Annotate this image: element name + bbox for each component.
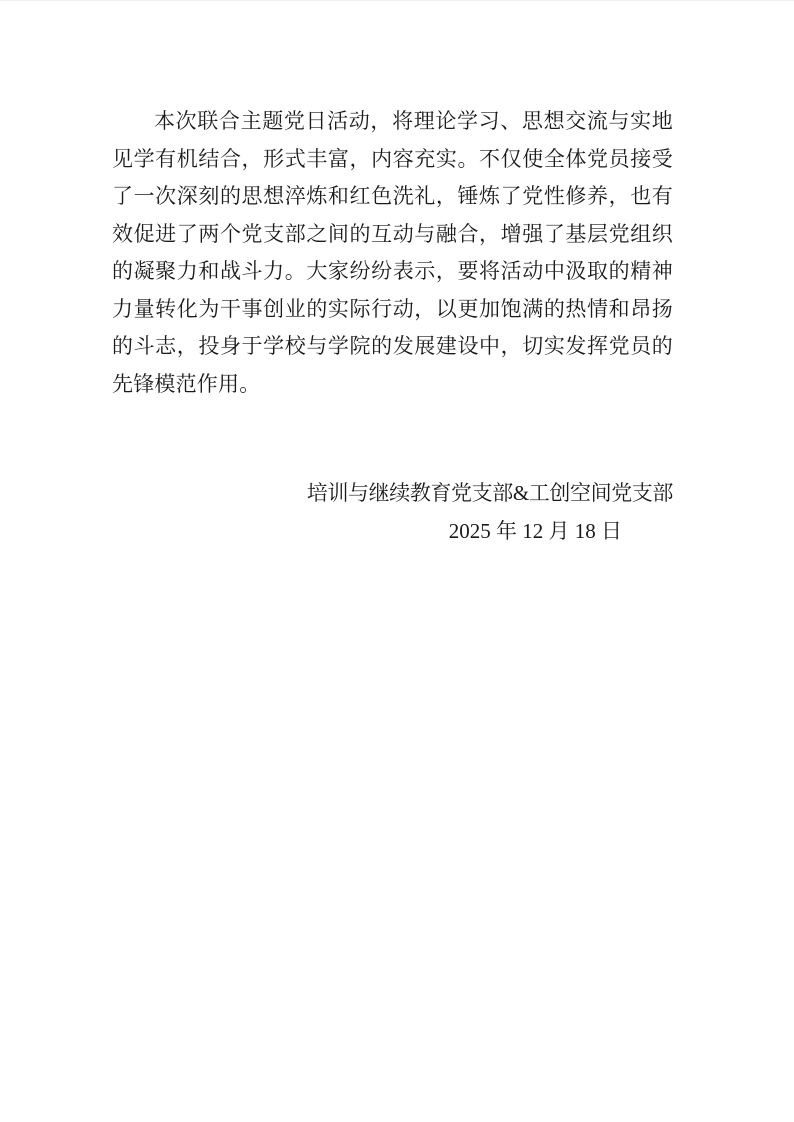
signature-line: 培训与继续教育党支部&工创空间党支部 bbox=[307, 474, 673, 512]
paragraph-line: 先锋模范作用。 bbox=[112, 366, 673, 404]
paragraph-line: 力量转化为干事创业的实际行动，以更加饱满的热情和昂扬 bbox=[112, 291, 673, 329]
paragraph-line: 效促进了两个党支部之间的互动与融合，增强了基层党组织 bbox=[112, 216, 673, 254]
date-line: 2025 年 12 月 18 日 bbox=[449, 512, 622, 550]
paragraph-line: 见学有机结合，形式丰富，内容充实。不仅使全体党员接受 bbox=[112, 141, 673, 179]
document-page: 本次联合主题党日活动，将理论学习、思想交流与实地见学有机结合，形式丰富，内容充实… bbox=[0, 0, 794, 1122]
paragraph-line: 的凝聚力和战斗力。大家纷纷表示，要将活动中汲取的精神 bbox=[112, 253, 673, 291]
paragraph-line: 的斗志，投身于学校与学院的发展建设中，切实发挥党员的 bbox=[112, 328, 673, 366]
body-paragraph: 本次联合主题党日活动，将理论学习、思想交流与实地见学有机结合，形式丰富，内容充实… bbox=[112, 103, 673, 403]
paragraph-line: 本次联合主题党日活动，将理论学习、思想交流与实地 bbox=[112, 103, 673, 141]
paragraph-line: 了一次深刻的思想淬炼和红色洗礼，锤炼了党性修养，也有 bbox=[112, 178, 673, 216]
